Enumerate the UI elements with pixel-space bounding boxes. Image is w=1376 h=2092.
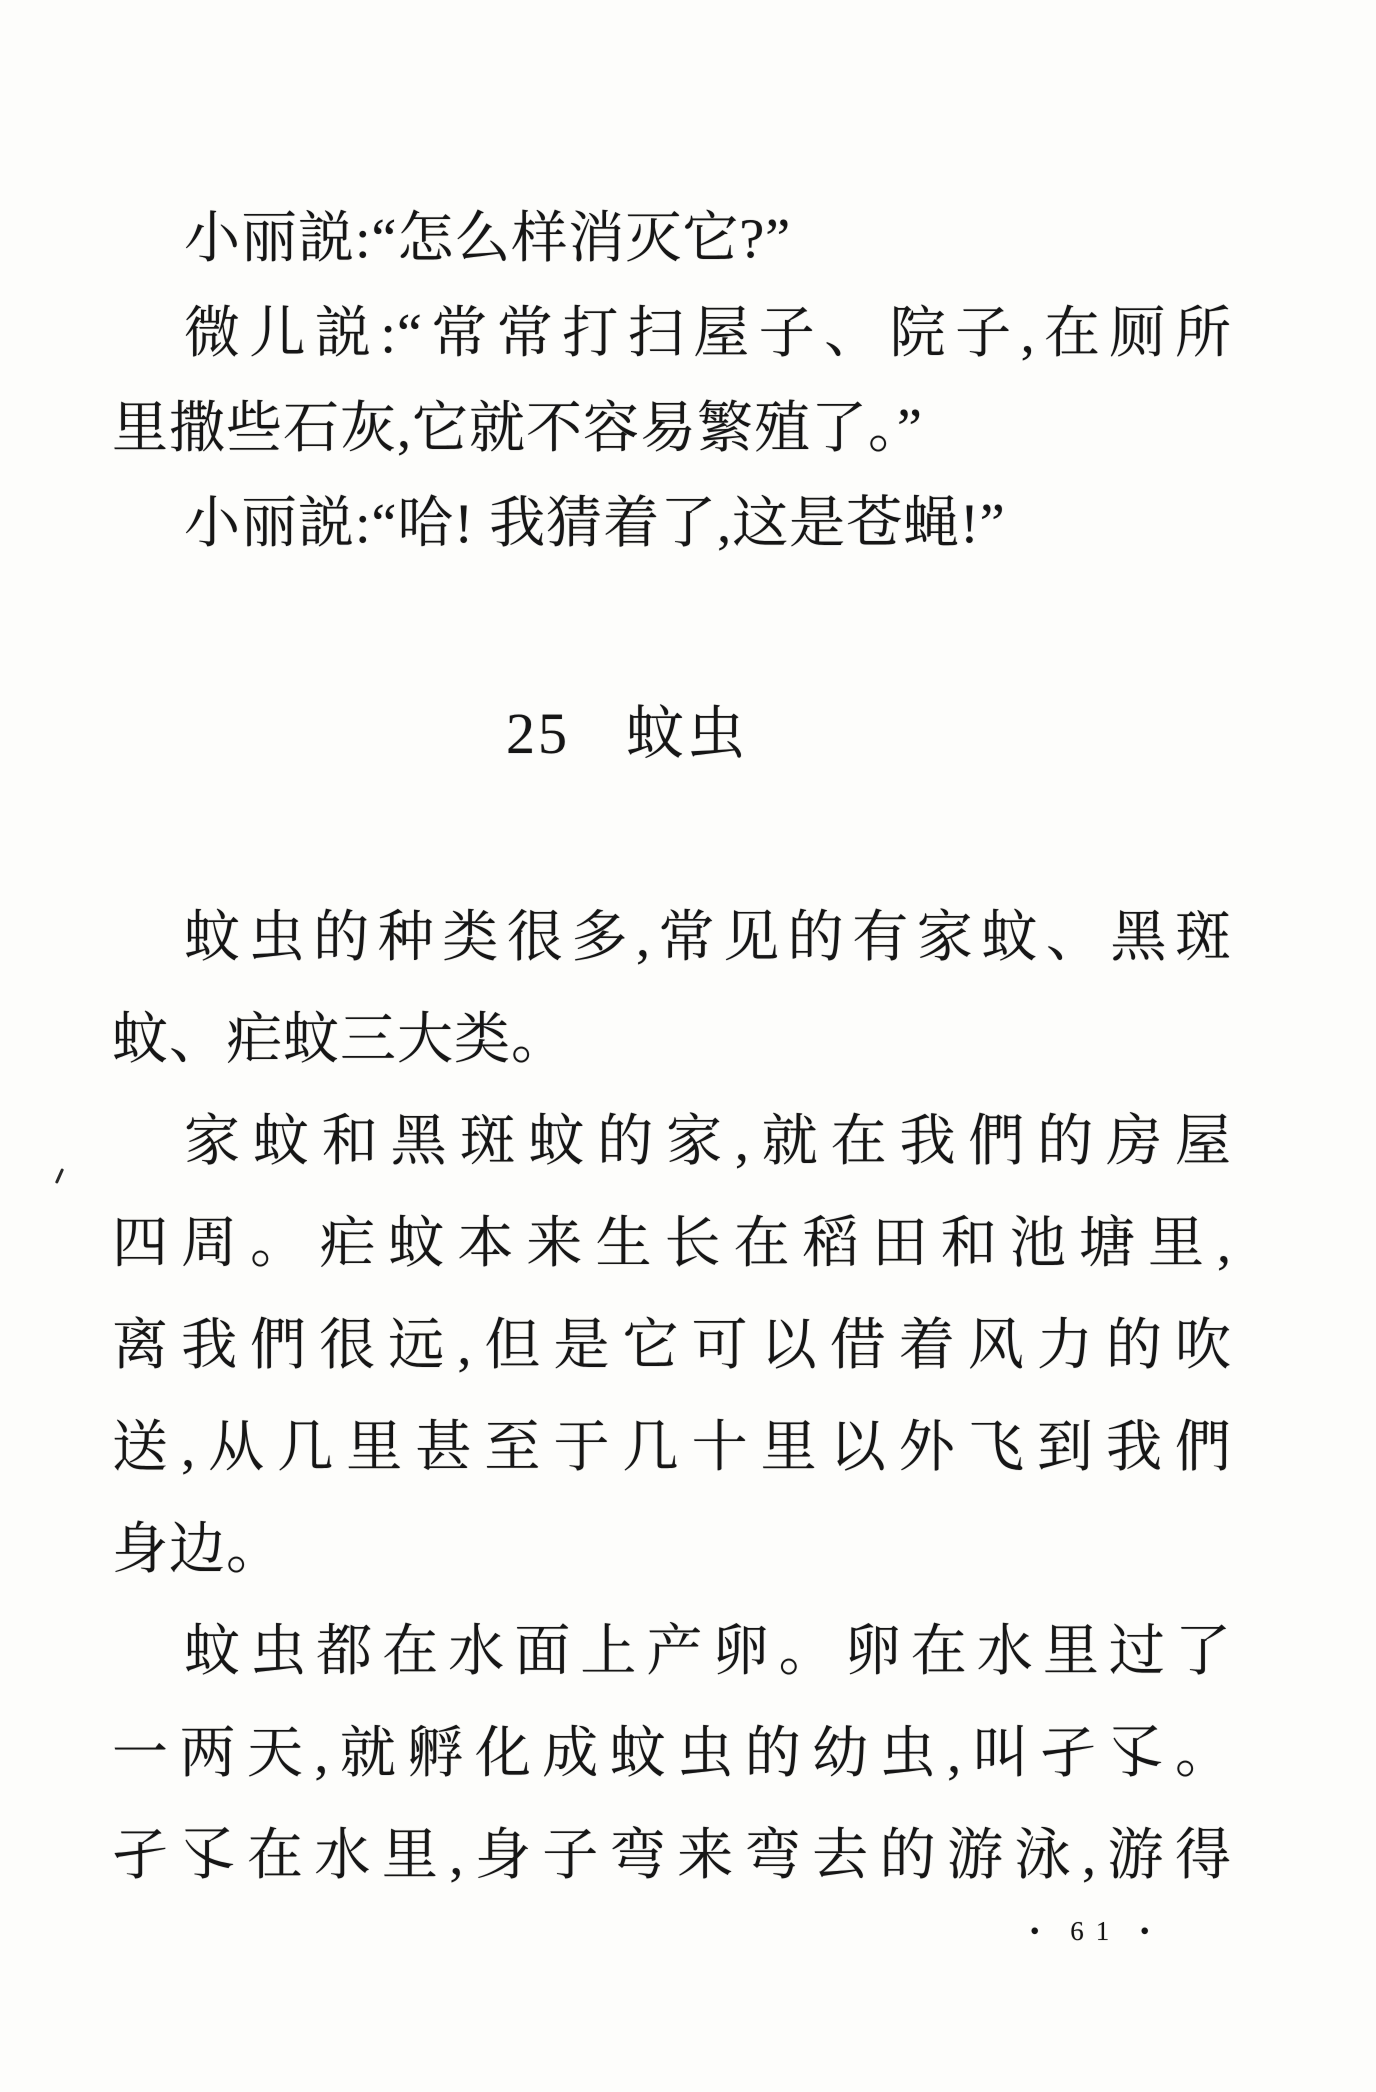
body-line-1: 蚊虫的种类很多,常见的有家蚊、黑斑 bbox=[112, 887, 1232, 989]
lesson-body: 蚊虫的种类很多,常见的有家蚊、黑斑 蚊、疟蚊三大类。 家蚊和黑斑蚊的家,就在我們… bbox=[112, 887, 1232, 1907]
body-line-9: 一两天,就孵化成蚊虫的幼虫,叫孑孓。 bbox=[112, 1703, 1232, 1805]
dialogue-line-4: 小丽説:“哈! 我猜着了,这是苍蝇!” bbox=[112, 477, 1232, 572]
dialogue-line-3: 里撒些石灰,它就不容易繁殖了。” bbox=[112, 382, 1232, 477]
body-line-7: 身边。 bbox=[112, 1499, 1232, 1601]
dialogue-line-2: 微儿説:“常常打扫屋子、院子,在厕所 bbox=[112, 287, 1232, 382]
body-line-4: 四周。疟蚊本来生长在稻田和池塘里, bbox=[112, 1193, 1232, 1295]
lesson-name: 蚊虫 bbox=[626, 701, 748, 766]
dialogue-section: 小丽説:“怎么样消灭它?” 微儿説:“常常打扫屋子、院子,在厕所 里撒些石灰,它… bbox=[112, 192, 1232, 572]
book-page: 小丽説:“怎么样消灭它?” 微儿説:“常常打扫屋子、院子,在厕所 里撒些石灰,它… bbox=[0, 0, 1376, 2092]
page-content: 小丽説:“怎么样消灭它?” 微儿説:“常常打扫屋子、院子,在厕所 里撒些石灰,它… bbox=[112, 192, 1232, 1907]
dialogue-line-1: 小丽説:“怎么样消灭它?” bbox=[112, 192, 1232, 287]
body-line-10: 孑孓在水里,身子弯来弯去的游泳,游得 bbox=[112, 1805, 1232, 1907]
page-number: • 61 • bbox=[1030, 1916, 1161, 1947]
body-line-3: 家蚊和黑斑蚊的家,就在我們的房屋 bbox=[112, 1091, 1232, 1193]
body-line-6: 送,从几里甚至于几十里以外飞到我們 bbox=[112, 1397, 1232, 1499]
body-line-8: 蚊虫都在水面上产卵。卵在水里过了 bbox=[112, 1601, 1232, 1703]
lesson-number: 25 bbox=[506, 701, 570, 766]
stray-ink-mark bbox=[55, 1168, 64, 1184]
body-line-5: 离我們很远,但是它可以借着风力的吹 bbox=[112, 1295, 1232, 1397]
body-line-2: 蚊、疟蚊三大类。 bbox=[112, 989, 1232, 1091]
lesson-title: 25蚊虫 bbox=[67, 687, 1187, 781]
